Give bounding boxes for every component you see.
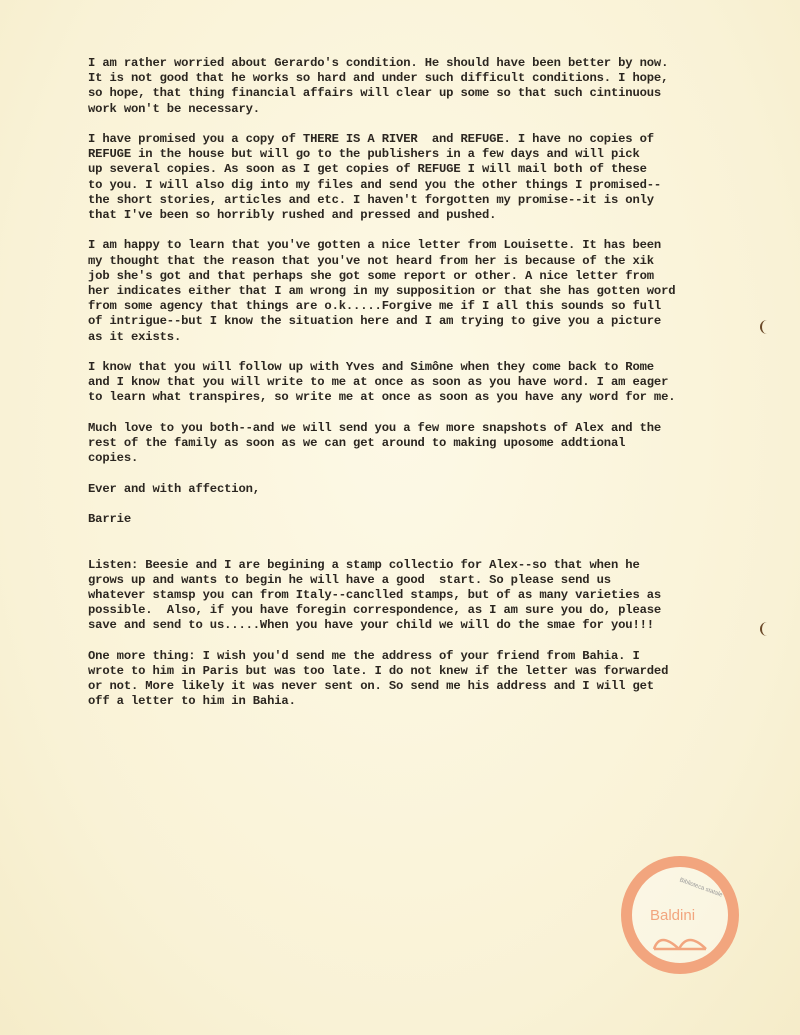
text-line: my thought that the reason that you've n…: [88, 254, 748, 269]
text-line: I know that you will follow up with Yves…: [88, 360, 748, 375]
letter-body: I am rather worried about Gerardo's cond…: [88, 56, 748, 725]
text-line: One more thing: I wish you'd send me the…: [88, 649, 748, 664]
text-line: It is not good that he works so hard and…: [88, 71, 748, 86]
text-line: from some agency that things are o.k....…: [88, 299, 748, 314]
margin-bracket-mark: [760, 622, 768, 636]
paragraph-closing: Ever and with affection,: [88, 482, 748, 497]
text-line: her indicates either that I am wrong in …: [88, 284, 748, 299]
text-line: save and send to us.....When you have yo…: [88, 618, 748, 633]
text-line: rest of the family as soon as we can get…: [88, 436, 748, 451]
stamp-small-text: Biblioteca statale: [678, 877, 723, 899]
text-line: whatever stamsp you can from Italy--canc…: [88, 588, 748, 603]
text-line: of intrigue--but I know the situation he…: [88, 314, 748, 329]
text-line: work won't be necessary.: [88, 102, 748, 117]
paragraph-gerardo: I am rather worried about Gerardo's cond…: [88, 56, 748, 117]
text-line: or not. More likely it was never sent on…: [88, 679, 748, 694]
margin-bracket-mark: [760, 320, 768, 334]
text-line: up several copies. As soon as I get copi…: [88, 162, 748, 177]
paragraph-yves: I know that you will follow up with Yves…: [88, 360, 748, 406]
text-line: to learn what transpires, so write me at…: [88, 390, 748, 405]
text-line: I have promised you a copy of THERE IS A…: [88, 132, 748, 147]
stamp-label: Baldini: [650, 907, 695, 924]
text-line: job she's got and that perhaps she got s…: [88, 269, 748, 284]
text-line: copies.: [88, 451, 748, 466]
text-line: wrote to him in Paris but was too late. …: [88, 664, 748, 679]
open-book-icon: [652, 929, 708, 951]
text-line: off a letter to him in Bahia.: [88, 694, 748, 709]
letter-page: I am rather worried about Gerardo's cond…: [0, 0, 800, 1035]
text-line: REFUGE in the house but will go to the p…: [88, 147, 748, 162]
paragraph-stamps: Listen: Beesie and I are begining a stam…: [88, 558, 748, 634]
text-line: the short stories, articles and etc. I h…: [88, 193, 748, 208]
text-line: as it exists.: [88, 330, 748, 345]
paragraph-books: I have promised you a copy of THERE IS A…: [88, 132, 748, 223]
paragraph-bahia: One more thing: I wish you'd send me the…: [88, 649, 748, 710]
library-stamp: Biblioteca statale Baldini: [621, 856, 739, 974]
text-line: and I know that you will write to me at …: [88, 375, 748, 390]
text-line: I am happy to learn that you've gotten a…: [88, 238, 748, 253]
paragraph-signature: Barrie: [88, 512, 748, 527]
text-line: I am rather worried about Gerardo's cond…: [88, 56, 748, 71]
text-line: that I've been so horribly rushed and pr…: [88, 208, 748, 223]
text-line: Much love to you both--and we will send …: [88, 421, 748, 436]
text-line: possible. Also, if you have foregin corr…: [88, 603, 748, 618]
text-line: to you. I will also dig into my files an…: [88, 178, 748, 193]
text-line: grows up and wants to begin he will have…: [88, 573, 748, 588]
text-line: so hope, that thing financial affairs wi…: [88, 86, 748, 101]
text-line: Listen: Beesie and I are begining a stam…: [88, 558, 748, 573]
paragraph-louisette: I am happy to learn that you've gotten a…: [88, 238, 748, 344]
text-line: Barrie: [88, 512, 748, 527]
paragraph-love: Much love to you both--and we will send …: [88, 421, 748, 467]
text-line: Ever and with affection,: [88, 482, 748, 497]
